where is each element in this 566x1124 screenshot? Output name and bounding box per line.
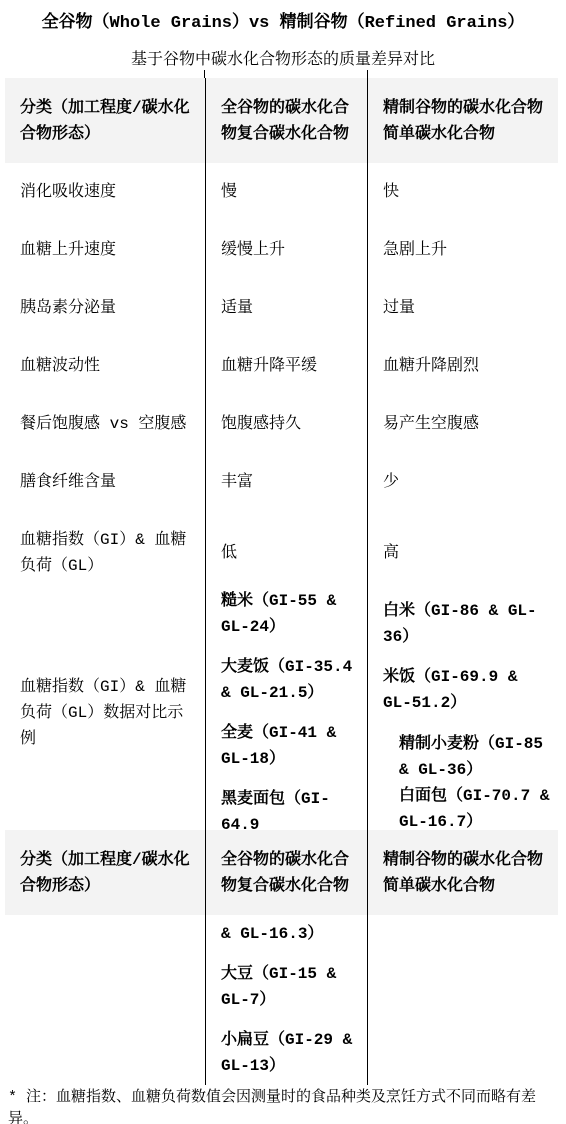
row-label: 餐后饱腹感 vs 空腹感 — [5, 395, 205, 453]
table-row-dietary-fiber: 膳食纤维含量 丰富 少 — [5, 453, 558, 511]
row-label: 血糖指数（GI）& 血糖负荷（GL）数据对比示例 — [5, 595, 205, 830]
refined-value: 易产生空腹感 — [367, 395, 558, 453]
table-row-blood-sugar-rise: 血糖上升速度 缓慢上升 急剧上升 — [5, 221, 558, 279]
spacer-cell — [367, 70, 558, 78]
food-entry-brown-rice: 糙米（GI-55 & GL-24） — [221, 588, 359, 640]
food-entry-rye-bread-continued: & GL-16.3） — [221, 921, 359, 947]
row-label: 血糖上升速度 — [5, 221, 205, 279]
row-label: 血糖指数（GI）& 血糖负荷（GL） — [5, 511, 205, 595]
comparison-table: 分类（加工程度/碳水化合物形态） 全谷物的碳水化合物复合碳水化合物 精制谷物的碳… — [5, 70, 558, 1085]
whole-value: 血糖升降平缓 — [205, 337, 367, 395]
whole-examples-continued-cell: & GL-16.3） 大豆（GI-15 & GL-7） 小扁豆（GI-29 & … — [205, 915, 367, 1085]
food-entry-whole-wheat: 全麦（GI-41 & GL-18） — [221, 720, 359, 772]
whole-value: 丰富 — [205, 453, 367, 511]
food-entry-refined-wheat-flour: 精制小麦粉（GI-85 & GL-36） — [399, 731, 550, 783]
table-row-satiety: 餐后饱腹感 vs 空腹感 饱腹感持久 易产生空腹感 — [5, 395, 558, 453]
spacer-cell — [5, 70, 204, 78]
header-cell-refined-grains: 精制谷物的碳水化合物简单碳水化合物 — [367, 78, 558, 163]
spacer-cell — [204, 70, 366, 78]
row-label: 血糖波动性 — [5, 337, 205, 395]
food-entry-white-rice: 白米（GI-86 & GL-36） — [383, 598, 550, 650]
food-entry-soybean: 大豆（GI-15 & GL-7） — [221, 961, 359, 1013]
refined-value: 过量 — [367, 279, 558, 337]
table-row-gi-gl-examples: 血糖指数（GI）& 血糖负荷（GL）数据对比示例 糙米（GI-55 & GL-2… — [5, 595, 558, 830]
header-cell-category: 分类（加工程度/碳水化合物形态） — [5, 830, 205, 915]
row-label: 消化吸收速度 — [5, 163, 205, 221]
table-header-row: 分类（加工程度/碳水化合物形态） 全谷物的碳水化合物复合碳水化合物 精制谷物的碳… — [5, 78, 558, 163]
refined-examples-cell: 白米（GI-86 & GL-36） 米饭（GI-69.9 & GL-51.2） … — [367, 595, 558, 830]
page-subtitle: 基于谷物中碳水化合物形态的质量差异对比 — [0, 48, 566, 72]
food-entry-barley-rice: 大麦饭（GI-35.4 & GL-21.5） — [221, 654, 359, 706]
whole-value: 慢 — [205, 163, 367, 221]
header-cell-refined-grains: 精制谷物的碳水化合物简单碳水化合物 — [367, 830, 558, 915]
refined-value: 血糖升降剧烈 — [367, 337, 558, 395]
table-header-row-repeated: 分类（加工程度/碳水化合物形态） 全谷物的碳水化合物复合碳水化合物 精制谷物的碳… — [5, 830, 558, 915]
row-label: 膳食纤维含量 — [5, 453, 205, 511]
food-entry-white-bread: 白面包（GI-70.7 & GL-16.7） — [399, 783, 550, 835]
table-row-insulin-secretion: 胰岛素分泌量 适量 过量 — [5, 279, 558, 337]
header-cell-whole-grains: 全谷物的碳水化合物复合碳水化合物 — [205, 78, 367, 163]
table-top-spacer — [5, 70, 558, 78]
food-entry-cooked-rice: 米饭（GI-69.9 & GL-51.2） — [383, 664, 550, 716]
page-title: 全谷物（Whole Grains）vs 精制谷物（Refined Grains） — [0, 0, 566, 36]
header-cell-whole-grains: 全谷物的碳水化合物复合碳水化合物 — [205, 830, 367, 915]
empty-cell — [5, 915, 205, 1085]
whole-value: 低 — [205, 511, 367, 595]
table-row-digestion-speed: 消化吸收速度 慢 快 — [5, 163, 558, 221]
table-row-blood-sugar-volatility: 血糖波动性 血糖升降平缓 血糖升降剧烈 — [5, 337, 558, 395]
refined-sub-group: 精制小麦粉（GI-85 & GL-36） 白面包（GI-70.7 & GL-16… — [399, 731, 550, 835]
header-cell-category: 分类（加工程度/碳水化合物形态） — [5, 78, 205, 163]
whole-examples-cell: 糙米（GI-55 & GL-24） 大麦饭（GI-35.4 & GL-21.5）… — [205, 595, 367, 830]
table-row-continuation: & GL-16.3） 大豆（GI-15 & GL-7） 小扁豆（GI-29 & … — [5, 915, 558, 1085]
refined-value: 快 — [367, 163, 558, 221]
page: 全谷物（Whole Grains）vs 精制谷物（Refined Grains）… — [0, 0, 566, 1124]
footnote: * 注：血糖指数、血糖负荷数值会因测量时的食品种类及烹饪方式不同而略有差异。 — [8, 1087, 560, 1124]
empty-cell — [367, 915, 558, 1085]
refined-value: 急剧上升 — [367, 221, 558, 279]
whole-value: 缓慢上升 — [205, 221, 367, 279]
row-label: 胰岛素分泌量 — [5, 279, 205, 337]
whole-value: 适量 — [205, 279, 367, 337]
food-entry-lentil: 小扁豆（GI-29 & GL-13） — [221, 1027, 359, 1079]
refined-value: 高 — [367, 511, 558, 595]
refined-value: 少 — [367, 453, 558, 511]
whole-value: 饱腹感持久 — [205, 395, 367, 453]
table-row-gi-gl: 血糖指数（GI）& 血糖负荷（GL） 低 高 — [5, 511, 558, 595]
